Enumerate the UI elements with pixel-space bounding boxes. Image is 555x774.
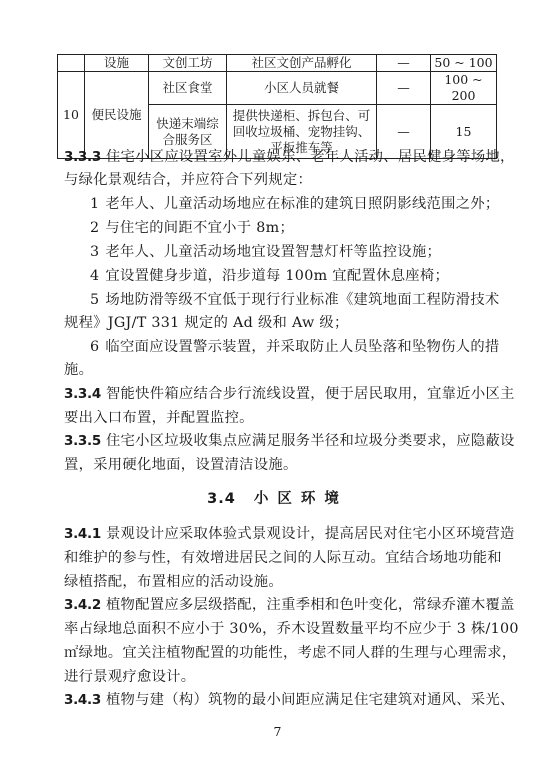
table-cell-function: 社区文创产品孵化 <box>227 55 377 72</box>
clause-3-3-3: 3.3.3住宅小区应设置室外儿童娱乐、老年人活动、居民健身等场地， <box>64 145 494 169</box>
clause-text: 住宅小区应设置室外儿童娱乐、老年人活动、居民健身等场地， <box>106 149 515 165</box>
clause-text: 住宅小区垃圾收集点应满足服务半径和垃圾分类要求，应隐蔽设 <box>106 433 515 449</box>
table-row: 设施 文创工坊 社区文创产品孵化 — 50 ~ 100 <box>58 55 497 72</box>
list-item: 2与住宅的间距不宜小于 8m； <box>90 216 494 240</box>
list-item: 3老年人、儿童活动场地宜设置智慧灯杆等监控设施； <box>90 240 494 264</box>
clause-text-line: 和维护的参与性，有效增进居民之间的人际互动。宜结合场地功能和 <box>64 546 494 570</box>
table-row: 10 便民设施 社区食堂 小区人员就餐 — 100 ~ 200 <box>58 72 497 105</box>
clause-text: 景观设计应采取体验式景观设计，提高居民对住宅小区环境营造 <box>106 526 515 542</box>
list-item: 1老年人、儿童活动场地应在标准的建筑日照阴影线范围之外； <box>90 192 494 216</box>
clause-number: 3.3.3 <box>64 149 101 165</box>
document-page: 设施 文创工坊 社区文创产品孵化 — 50 ~ 100 10 便民设施 社区食堂… <box>0 0 555 774</box>
item-text: 临空面应设置警示装置，并采取防止人员坠落和坠物伤人的措 <box>105 339 499 355</box>
section-number: 3.4 <box>207 491 236 507</box>
cell-line: 提供快递柜、拆包台、可 <box>227 108 376 124</box>
cell-line: 快递末端综 <box>149 116 226 132</box>
table-cell-area: 100 ~ 200 <box>431 72 497 105</box>
item-text: 老年人、儿童活动场地应在标准的建筑日照阴影线范围之外； <box>105 196 499 212</box>
table-cell-indicator: — <box>377 55 431 72</box>
clause-number: 3.4.3 <box>64 692 101 708</box>
table-cell-function: 小区人员就餐 <box>227 72 377 105</box>
section-heading: 3.4小区环境 <box>0 487 555 511</box>
clause-3-4-2: 3.4.2植物配置应多层级搭配，注重季相和色叶变化，常绿乔灌木覆盖 <box>64 593 494 617</box>
table-cell-no <box>58 55 85 72</box>
clause-text: 植物配置应多层级搭配，注重季相和色叶变化，常绿乔灌木覆盖 <box>106 597 515 613</box>
clause-number: 3.3.5 <box>64 433 101 449</box>
clause-text-line: 与绿化景观结合，并应符合下列规定： <box>64 168 494 192</box>
facilities-table: 设施 文创工坊 社区文创产品孵化 — 50 ~ 100 10 便民设施 社区食堂… <box>57 54 497 159</box>
item-number: 6 <box>90 339 99 355</box>
item-number: 2 <box>90 220 99 236</box>
clause-3-3-4: 3.3.4智能快件箱应结合步行流线设置，便于居民取用，宜靠近小区主 <box>64 382 494 406</box>
list-item-continuation: 规程》JGJ/T 331 规定的 Ad 级和 Aw 级； <box>64 311 494 335</box>
clause-text-line: 要出入口布置，并配置监控。 <box>64 406 494 430</box>
list-item: 6临空面应设置警示装置，并采取防止人员坠落和坠物伤人的措 <box>90 335 494 359</box>
item-number: 4 <box>90 268 99 284</box>
list-item: 4宜设置健身步道，沿步道每 100m 宜配置休息座椅； <box>90 264 494 288</box>
clause-text-line: 进行景观疗愈设计。 <box>64 665 494 689</box>
table-cell-area: 50 ~ 100 <box>431 55 497 72</box>
table-cell-category: 设施 <box>85 55 149 72</box>
section-title: 小区环境 <box>254 491 348 507</box>
clause-number: 3.4.1 <box>64 526 101 542</box>
table-cell-indicator: — <box>377 72 431 105</box>
item-text: 宜设置健身步道，沿步道每 100m 宜配置休息座椅； <box>105 268 449 284</box>
item-text: 老年人、儿童活动场地宜设置智慧灯杆等监控设施； <box>105 244 441 260</box>
clause-text: 植物与建（构）筑物的最小间距应满足住宅建筑对通风、采光、 <box>106 692 515 708</box>
clause-3-4-3: 3.4.3植物与建（构）筑物的最小间距应满足住宅建筑对通风、采光、 <box>64 688 494 712</box>
page-number: 7 <box>0 724 555 740</box>
item-number: 5 <box>90 292 99 308</box>
table-cell-facility: 文创工坊 <box>149 55 227 72</box>
item-text: 与住宅的间距不宜小于 8m； <box>105 220 294 236</box>
cell-line: 回收垃圾桶、宠物挂钩、 <box>227 124 376 140</box>
item-number: 1 <box>90 196 99 212</box>
clause-3-3-5: 3.3.5住宅小区垃圾收集点应满足服务半径和垃圾分类要求，应隐蔽设 <box>64 429 494 453</box>
clause-text: 智能快件箱应结合步行流线设置，便于居民取用，宜靠近小区主 <box>106 386 515 402</box>
item-number: 3 <box>90 244 99 260</box>
list-item-continuation: 施。 <box>64 358 494 382</box>
clause-number: 3.3.4 <box>64 386 101 402</box>
clause-3-4-1: 3.4.1景观设计应采取体验式景观设计，提高居民对住宅小区环境营造 <box>64 522 494 546</box>
clause-number: 3.4.2 <box>64 597 101 613</box>
clause-text-line: 置，采用硬化地面，设置清洁设施。 <box>64 453 494 477</box>
list-item: 5场地防滑等级不宜低于现行行业标准《建筑地面工程防滑技术 <box>90 288 494 312</box>
clause-text-line: 绿植搭配，布置相应的活动设施。 <box>64 570 494 594</box>
clause-text-line: 率占绿地总面积不应小于 30%，乔木设置数量平均不应少于 3 株/100 <box>64 617 494 641</box>
item-text: 场地防滑等级不宜低于现行行业标准《建筑地面工程防滑技术 <box>105 292 499 308</box>
clause-text-line: ㎡绿地。宜关注植物配置的功能性，考虑不同人群的生理与心理需求， <box>64 641 494 665</box>
table-cell-facility: 社区食堂 <box>149 72 227 105</box>
